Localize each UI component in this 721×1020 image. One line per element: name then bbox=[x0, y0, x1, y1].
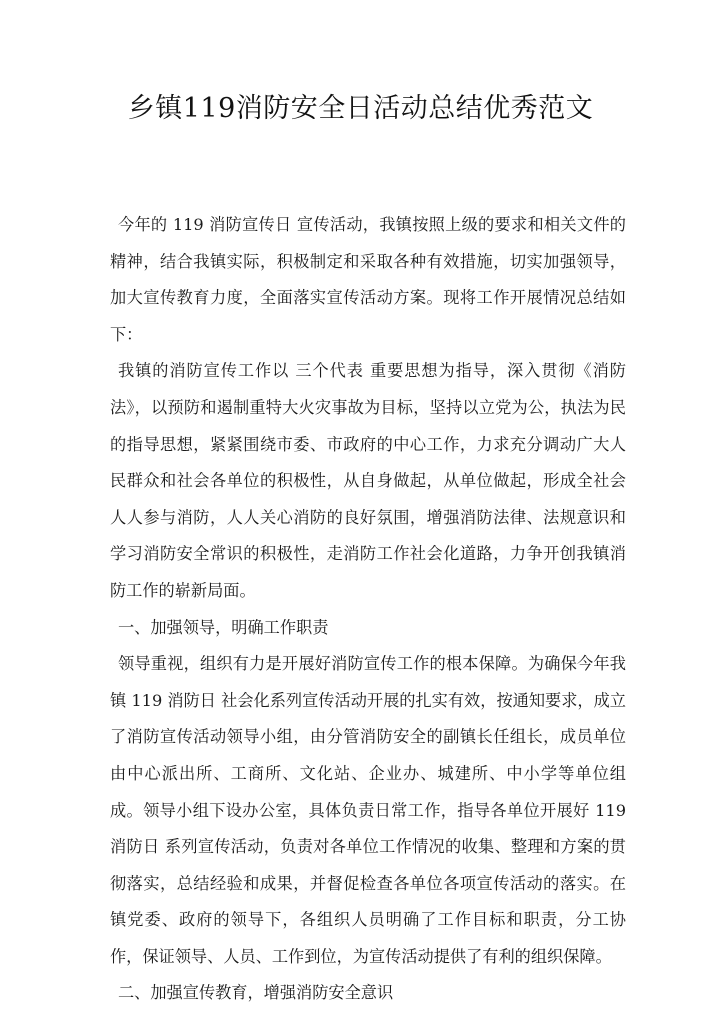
document-title: 乡镇119消防安全日活动总结优秀范文 bbox=[0, 86, 721, 125]
document-page: 乡镇119消防安全日活动总结优秀范文 今年的 119 消防宣传日 宣传活动，我镇… bbox=[0, 0, 721, 1020]
paragraph-guiding-principle: 我镇的消防宣传工作以 三个代表 重要思想为指导，深入贯彻《消防法》，以预防和遏制… bbox=[110, 353, 626, 609]
section-heading-1: 一、加强领导，明确工作职责 bbox=[110, 610, 626, 647]
document-body: 今年的 119 消防宣传日 宣传活动，我镇按照上级的要求和相关文件的精神，结合我… bbox=[110, 207, 626, 1012]
section-heading-2: 二、加强宣传教育，增强消防安全意识 bbox=[110, 975, 626, 1012]
paragraph-intro: 今年的 119 消防宣传日 宣传活动，我镇按照上级的要求和相关文件的精神，结合我… bbox=[110, 207, 626, 353]
paragraph-leadership: 领导重视，组织有力是开展好消防宣传工作的根本保障。为确保今年我镇 119 消防日… bbox=[110, 646, 626, 975]
